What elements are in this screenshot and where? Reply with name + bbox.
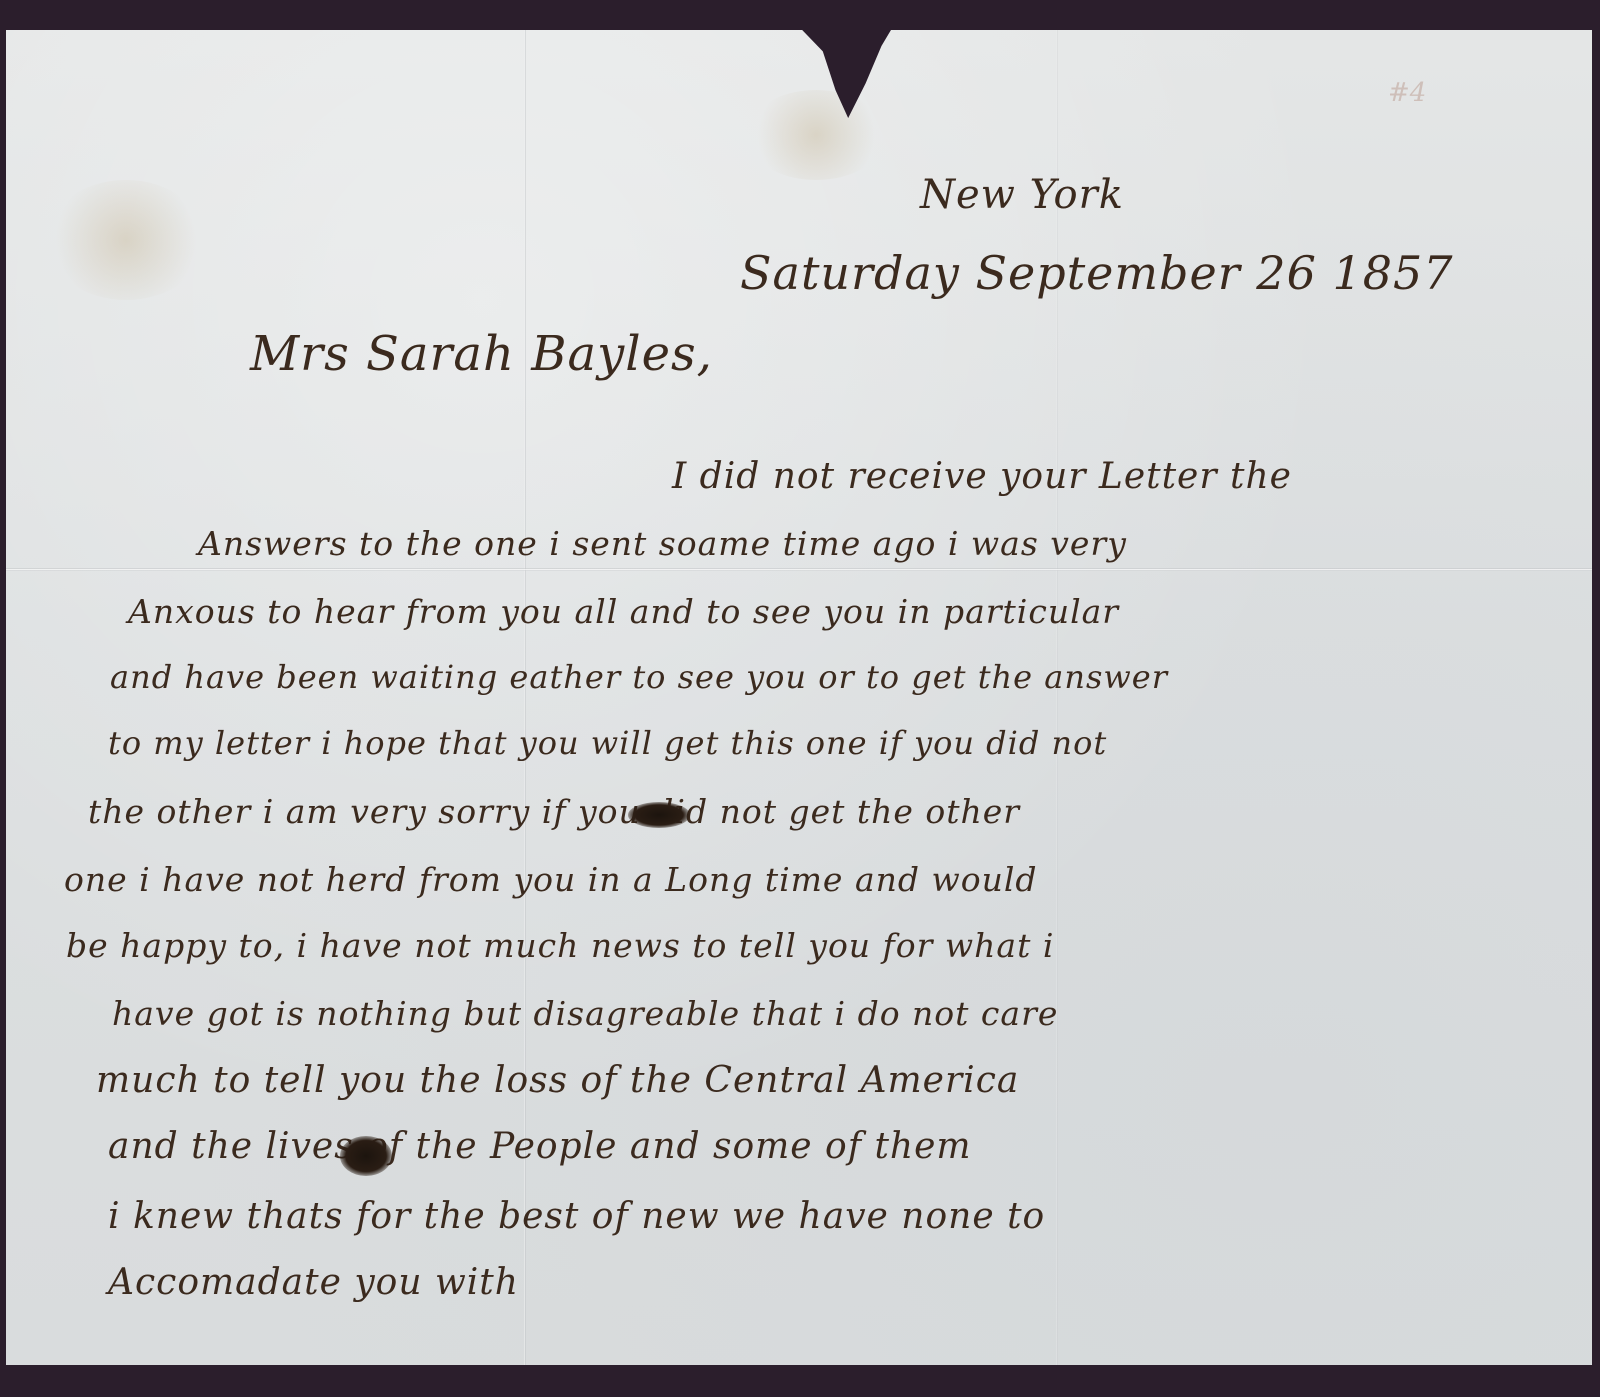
body-line-12: i knew thats for the best of new we have… [108, 1196, 1045, 1237]
body-line-11: and the lives of the People and some of … [108, 1126, 972, 1167]
vertical-fold-crease-right [1056, 30, 1058, 1365]
body-line-9: have got is nothing but disagreable that… [112, 994, 1058, 1033]
pencil-annotation: #4 [1388, 78, 1426, 108]
body-line-10: much to tell you the loss of the Central… [96, 1060, 1019, 1101]
horizontal-fold-crease [6, 568, 1592, 571]
body-line-1: I did not receive your Letter the [672, 456, 1292, 497]
letter-place: New York [920, 172, 1124, 218]
body-line-4: and have been waiting eather to see you … [110, 658, 1168, 696]
body-line-6: the other i am very sorry if you did not… [88, 792, 1020, 831]
paper-stain [46, 180, 206, 300]
letter-date: Saturday September 26 1857 [740, 246, 1454, 300]
body-line-2: Answers to the one i sent soame time ago… [198, 524, 1127, 563]
paper-stain [746, 90, 886, 180]
body-line-5: to my letter i hope that you will get th… [108, 724, 1107, 762]
ink-scribble-blot [340, 1136, 392, 1176]
body-line-7: one i have not herd from you in a Long t… [64, 860, 1038, 899]
ink-blot [628, 802, 690, 828]
body-line-8: be happy to, i have not much news to tel… [66, 926, 1054, 965]
letter-salutation: Mrs Sarah Bayles, [250, 326, 713, 382]
body-line-13: Accomadate you with [108, 1262, 519, 1303]
body-line-3: Anxous to hear from you all and to see y… [128, 592, 1119, 631]
